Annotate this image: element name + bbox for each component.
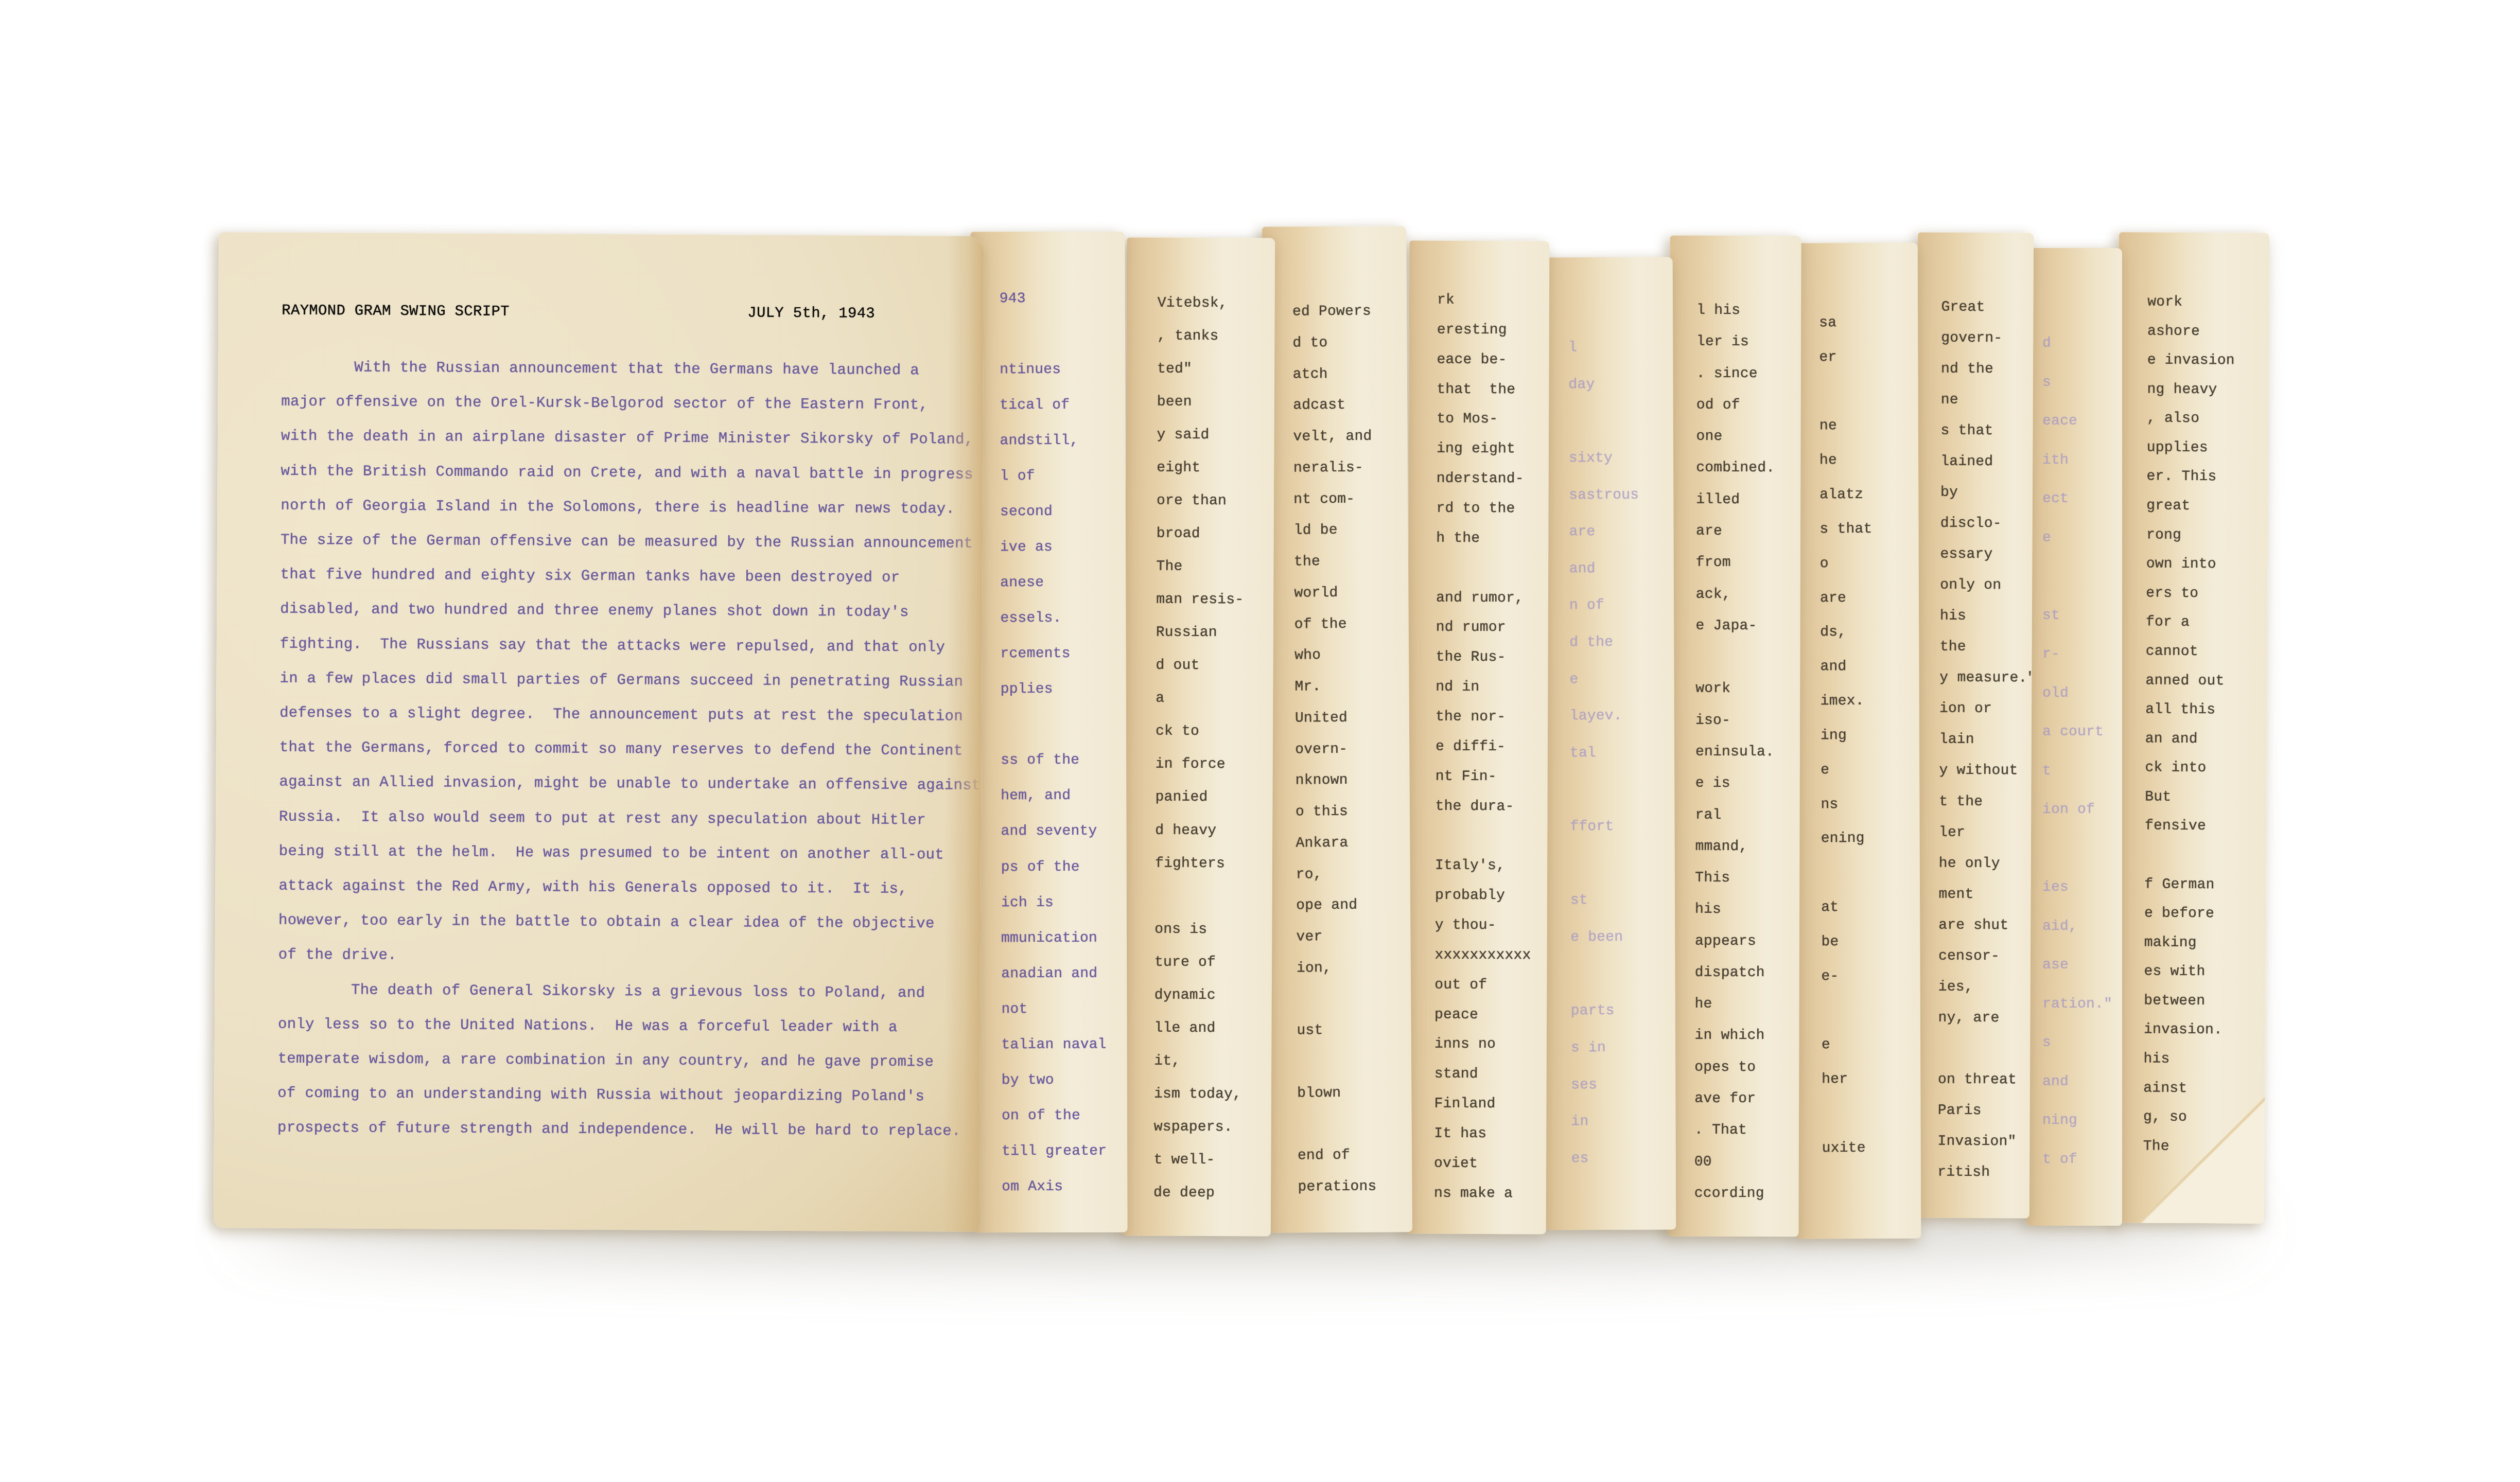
strip-line: Italy's, bbox=[1435, 858, 1544, 876]
page-5: rkerestingeace be-that theto Mos-ing eig… bbox=[1406, 241, 1550, 1234]
strip-line: t of bbox=[2042, 1152, 2119, 1169]
strip-line: e- bbox=[1822, 968, 1917, 986]
strip-line: ning bbox=[2042, 1113, 2119, 1130]
strip-line: mmand, bbox=[1695, 839, 1796, 857]
strip-line: ck into bbox=[2145, 760, 2263, 778]
strip-line: he only bbox=[1939, 855, 2028, 873]
strip-line: d the bbox=[1569, 634, 1671, 652]
page-header: RAYMOND GRAM SWING SCRIPT JULY 5th, 1943 bbox=[282, 302, 937, 342]
strip-line: ive as bbox=[1000, 539, 1123, 557]
strip-line bbox=[1000, 326, 1122, 344]
strip-text-column: rkerestingeace be-that theto Mos-ing eig… bbox=[1434, 292, 1546, 1204]
strip-line: y without bbox=[1939, 763, 2028, 781]
strip-line: he bbox=[1695, 996, 1796, 1014]
strip-line: eresting bbox=[1437, 322, 1546, 340]
strip-line: ne bbox=[1941, 392, 2030, 410]
strip-line: ith bbox=[2042, 452, 2119, 470]
strip-line: y measure." bbox=[1939, 670, 2028, 688]
page-date: JULY 5th, 1943 bbox=[747, 305, 875, 322]
strip-line: s in bbox=[1571, 1039, 1672, 1057]
strip-line: tical of bbox=[1000, 397, 1122, 415]
strip-line: It has bbox=[1434, 1126, 1543, 1144]
strip-line: hem, and bbox=[1001, 788, 1123, 806]
strip-line bbox=[1938, 1040, 2027, 1058]
strip-line: ing bbox=[1821, 728, 1916, 746]
strip-line: and bbox=[2042, 1074, 2119, 1091]
strip-line: ing eight bbox=[1437, 441, 1546, 459]
strip-line: ritish bbox=[1937, 1165, 2026, 1183]
strip-line: e is bbox=[1695, 775, 1797, 793]
strip-line: r- bbox=[2042, 646, 2119, 664]
strip-line: st bbox=[1570, 892, 1672, 910]
strip-line: s that bbox=[1820, 521, 1916, 539]
strip-line: ffort bbox=[1570, 819, 1672, 837]
strip-line: , tanks bbox=[1157, 328, 1271, 346]
page-title: RAYMOND GRAM SWING SCRIPT bbox=[282, 302, 510, 320]
strip-line: a bbox=[1156, 691, 1270, 709]
strip-text-column: Greatgovern-nd thenes thatlainedbydisclo… bbox=[1937, 299, 2030, 1183]
strip-line: ion or bbox=[1939, 701, 2028, 719]
typescript-body: With the Russian announcement that the G… bbox=[277, 350, 963, 1170]
strip-line: adcast bbox=[1293, 397, 1404, 415]
strip-line: ng heavy bbox=[2147, 381, 2265, 399]
strip-line: ening bbox=[1821, 831, 1917, 849]
page-8: saernehealatzs thatoareds,andimex.ingens… bbox=[1793, 243, 1921, 1239]
strip-line: f German bbox=[2144, 876, 2263, 894]
strip-line: But bbox=[2145, 789, 2263, 807]
strip-text-column: 943ntinuestical ofandstill,l ofsecondive… bbox=[1000, 291, 1125, 1197]
strip-line: ny, are bbox=[1938, 1010, 2027, 1028]
strip-line: anadian and bbox=[1001, 965, 1124, 983]
strip-line: essary bbox=[1940, 546, 2029, 564]
strip-line: the dura- bbox=[1435, 798, 1544, 816]
strip-line: that the bbox=[1437, 381, 1546, 399]
strip-line: till greater bbox=[1002, 1143, 1124, 1161]
strip-line: n of bbox=[1569, 597, 1671, 615]
strip-line: , also bbox=[2147, 411, 2265, 429]
strip-line: wspapers. bbox=[1154, 1119, 1268, 1137]
strip-line: nknown bbox=[1296, 772, 1407, 790]
typed-line: being still at the helm. He was presumed… bbox=[279, 834, 960, 872]
strip-line: been bbox=[1157, 394, 1271, 412]
strip-line: ss of the bbox=[1001, 752, 1123, 770]
strip-line: oviet bbox=[1434, 1156, 1543, 1174]
strip-line: y said bbox=[1157, 427, 1271, 445]
strip-line: disclo- bbox=[1940, 516, 2029, 534]
strip-line: anese bbox=[1000, 575, 1123, 593]
strip-line: nt com- bbox=[1293, 491, 1405, 509]
strip-text-column: workashoree invasionng heavy, alsoupplie… bbox=[2143, 294, 2266, 1157]
strip-line: 943 bbox=[1000, 291, 1122, 309]
typed-line: disabled, and two hundred and three enem… bbox=[280, 592, 961, 630]
strip-line: atch bbox=[1293, 366, 1404, 384]
strip-line: t well- bbox=[1153, 1152, 1268, 1170]
typed-line: however, too early in the battle to obta… bbox=[278, 903, 960, 941]
strip-line: are bbox=[1820, 590, 1916, 608]
strip-line: . That bbox=[1694, 1122, 1796, 1140]
strip-line bbox=[1819, 383, 1915, 401]
strip-line: l of bbox=[1000, 468, 1123, 486]
strip-line: and bbox=[1569, 560, 1671, 578]
typed-line: of coming to an understanding with Russi… bbox=[277, 1076, 959, 1114]
page-4: ed Powersd toatchadcastvelt, andneralis-… bbox=[1262, 226, 1412, 1233]
strip-line: ns make a bbox=[1434, 1185, 1543, 1203]
strip-line: eight bbox=[1157, 460, 1271, 478]
strip-line: ust bbox=[1297, 1022, 1408, 1040]
strip-line: world bbox=[1294, 585, 1405, 603]
strip-line: d bbox=[2042, 336, 2119, 353]
strip-line bbox=[1297, 1053, 1408, 1071]
strip-line: ainst bbox=[2143, 1080, 2262, 1098]
strip-line: ld be bbox=[1294, 522, 1405, 540]
strip-line: eace bbox=[2042, 413, 2119, 431]
strip-line: ed Powers bbox=[1292, 303, 1404, 321]
strip-line: layev. bbox=[1570, 708, 1671, 726]
strip-line: his bbox=[1940, 608, 2029, 626]
strip-line: fighters bbox=[1155, 855, 1269, 873]
strip-line: nd the bbox=[1941, 361, 2030, 379]
strip-line bbox=[1822, 1106, 1917, 1124]
strip-line: mmunication bbox=[1001, 930, 1124, 948]
strip-line: st bbox=[2042, 608, 2119, 625]
strip-line: by two bbox=[1002, 1072, 1124, 1090]
strip-line: d heavy bbox=[1155, 822, 1269, 840]
strip-line: uxite bbox=[1822, 1140, 1918, 1158]
strip-line: for a bbox=[2146, 614, 2264, 632]
strip-line: ers to bbox=[2146, 585, 2264, 603]
strip-line: overn- bbox=[1295, 741, 1406, 759]
strip-line: e diffi- bbox=[1436, 739, 1545, 757]
strip-line: his bbox=[2144, 1051, 2262, 1069]
strip-line: 00 bbox=[1694, 1154, 1796, 1172]
strip-line: neralis- bbox=[1293, 460, 1405, 478]
strip-line: e bbox=[1821, 762, 1916, 780]
strip-line: man resis- bbox=[1156, 592, 1270, 610]
page-6: ldaysixtysastrousareandn ofd theelayev.t… bbox=[1542, 257, 1676, 1230]
typed-line: that five hundred and eighty six German … bbox=[280, 557, 961, 595]
strip-line: peace bbox=[1434, 1007, 1544, 1025]
strip-line: ion of bbox=[2042, 802, 2119, 819]
strip-line: perations bbox=[1298, 1178, 1409, 1196]
strip-line: Russian bbox=[1156, 625, 1270, 643]
strip-line: ich is bbox=[1001, 894, 1124, 912]
typed-line: against an Allied invasion, might be una… bbox=[279, 765, 960, 803]
strip-line: rong bbox=[2146, 527, 2265, 545]
strip-line: Great bbox=[1941, 299, 2030, 317]
strip-line: s bbox=[2042, 375, 2119, 392]
strip-line: out of bbox=[1434, 977, 1544, 995]
strip-text-column: dseaceithectestr-olda courttion ofiesaid… bbox=[2042, 336, 2119, 1169]
strip-line: sastrous bbox=[1569, 487, 1670, 505]
strip-line: probably bbox=[1435, 888, 1544, 906]
strip-line: the bbox=[1294, 553, 1405, 571]
strip-line: ies, bbox=[1938, 979, 2027, 997]
strip-line: ment bbox=[1938, 886, 2027, 904]
strip-line: ons is bbox=[1154, 921, 1269, 939]
strip-line: y thou- bbox=[1435, 918, 1544, 936]
strip-line: blown bbox=[1297, 1085, 1408, 1103]
strip-line: e bbox=[1822, 1037, 1917, 1055]
strip-line: l bbox=[1568, 340, 1670, 358]
strip-line: invasion. bbox=[2144, 1022, 2262, 1040]
strip-line: ted" bbox=[1157, 361, 1271, 379]
strip-line: her bbox=[1822, 1071, 1917, 1089]
strip-line: rd to the bbox=[1436, 501, 1545, 519]
typed-line: attack against the Red Army, with his Ge… bbox=[278, 869, 960, 907]
strip-line: ase bbox=[2042, 957, 2119, 975]
strip-line: rcements bbox=[1001, 646, 1123, 664]
strip-line bbox=[2145, 848, 2263, 866]
strip-line bbox=[2042, 569, 2119, 586]
strip-line: on of the bbox=[1002, 1107, 1124, 1125]
strip-line: he bbox=[1819, 452, 1915, 470]
strip-line: ver bbox=[1296, 928, 1407, 946]
strip-line: sa bbox=[1819, 315, 1915, 333]
strip-line: pplies bbox=[1001, 681, 1123, 699]
strip-line: ler bbox=[1939, 824, 2028, 842]
strip-line: panied bbox=[1155, 789, 1269, 807]
strip-line: Vitebsk, bbox=[1158, 295, 1272, 313]
strip-line: broad bbox=[1157, 526, 1271, 544]
strip-line: an and bbox=[2145, 731, 2264, 749]
strip-line: es with bbox=[2144, 964, 2262, 982]
strip-line: in force bbox=[1156, 756, 1270, 774]
strip-line: t the bbox=[1939, 793, 2028, 811]
strip-line: not bbox=[1001, 1001, 1124, 1019]
strip-line: ccording bbox=[1694, 1186, 1796, 1204]
typed-line: The death of General Sikorsky is a griev… bbox=[278, 972, 959, 1010]
strip-line bbox=[1436, 560, 1545, 578]
typed-line: The size of the German offensive can be … bbox=[281, 523, 962, 561]
strip-line: fensive bbox=[2145, 818, 2263, 836]
strip-line bbox=[1298, 1116, 1409, 1134]
strip-line: end of bbox=[1298, 1147, 1409, 1165]
strip-line: from bbox=[1696, 555, 1797, 573]
strip-line: aid, bbox=[2042, 919, 2119, 936]
strip-line: anned out bbox=[2145, 673, 2264, 691]
strip-line: dispatch bbox=[1695, 965, 1796, 983]
strip-line: Finland bbox=[1434, 1096, 1543, 1114]
strip-line: and bbox=[1820, 659, 1916, 677]
strip-text-column: ldaysixtysastrousareandn ofd theelayev.t… bbox=[1568, 340, 1673, 1169]
strip-line: Paris bbox=[1938, 1103, 2027, 1121]
typed-line: fighting. The Russians say that the atta… bbox=[280, 626, 961, 664]
strip-line: ture of bbox=[1154, 954, 1269, 972]
strip-line: ck to bbox=[1156, 724, 1270, 742]
strip-line: inns no bbox=[1434, 1036, 1544, 1054]
typed-line: north of Georgia Island in the Solomons,… bbox=[281, 488, 962, 526]
strip-line bbox=[1821, 865, 1917, 883]
strip-line: ashore bbox=[2147, 323, 2266, 341]
strip-line: e before bbox=[2144, 906, 2263, 924]
strip-text-column: l hisler is. sinceod ofonecombined.illed… bbox=[1694, 303, 1798, 1204]
strip-line: ies bbox=[2042, 879, 2119, 897]
strip-line: ne bbox=[1819, 418, 1915, 436]
strip-line bbox=[1571, 966, 1672, 984]
strip-line: lained bbox=[1940, 454, 2029, 472]
strip-line: nderstand- bbox=[1437, 471, 1546, 489]
strip-line: opes to bbox=[1694, 1060, 1796, 1078]
strip-line: only on bbox=[1940, 577, 2029, 595]
strip-line: his bbox=[1695, 902, 1796, 920]
strip-line: censor- bbox=[1938, 948, 2027, 966]
strip-line bbox=[1570, 855, 1672, 873]
strip-line: e bbox=[2042, 530, 2119, 548]
strip-line: between bbox=[2144, 993, 2262, 1011]
page-1: RAYMOND GRAM SWING SCRIPT JULY 5th, 1943… bbox=[214, 232, 984, 1232]
strip-line bbox=[1569, 413, 1670, 431]
strip-line: nd rumor bbox=[1436, 620, 1545, 638]
strip-line: ration." bbox=[2042, 996, 2119, 1014]
strip-line: second bbox=[1000, 504, 1123, 522]
strip-line: imex. bbox=[1821, 693, 1916, 711]
strip-line: who bbox=[1294, 647, 1406, 665]
typed-line: in a few places did small parties of Ger… bbox=[279, 661, 961, 699]
typed-line: with the British Commando raid on Crete,… bbox=[281, 453, 962, 491]
strip-text-column: saernehealatzs thatoareds,andimex.ingens… bbox=[1819, 315, 1918, 1193]
strip-line: a court bbox=[2042, 724, 2119, 742]
strip-line: it, bbox=[1154, 1053, 1268, 1071]
page-2: 943ntinuestical ofandstill,l ofsecondive… bbox=[970, 232, 1127, 1233]
strip-line: ds, bbox=[1820, 624, 1916, 642]
page-9: Greatgovern-nd thenes thatlainedbydisclo… bbox=[1914, 233, 2034, 1219]
typed-line: major offensive on the Orel-Kursk-Belgor… bbox=[281, 384, 962, 422]
strip-line: ion, bbox=[1297, 960, 1408, 978]
strip-line: of the bbox=[1294, 616, 1406, 634]
strip-line: work bbox=[2147, 294, 2266, 312]
strip-line: om Axis bbox=[1002, 1178, 1124, 1196]
typed-line: With the Russian announcement that the G… bbox=[282, 350, 963, 388]
strip-line: nt Fin- bbox=[1436, 768, 1545, 786]
strip-line: ntinues bbox=[1000, 362, 1122, 380]
strip-line: e been bbox=[1570, 929, 1672, 947]
strip-line: great bbox=[2146, 498, 2265, 516]
strip-line: es bbox=[1571, 1150, 1673, 1168]
strip-line bbox=[1570, 782, 1671, 800]
strip-line: t bbox=[2042, 763, 2119, 781]
strip-line: ler is bbox=[1696, 334, 1798, 352]
strip-line: o this bbox=[1296, 803, 1407, 821]
typed-line: of the drive. bbox=[278, 938, 960, 976]
strip-line bbox=[1155, 888, 1269, 906]
strip-line: dynamic bbox=[1154, 987, 1269, 1005]
strip-line: the Rus- bbox=[1436, 649, 1545, 667]
strip-line: ism today, bbox=[1154, 1086, 1268, 1104]
strip-line: are shut bbox=[1938, 917, 2027, 935]
strip-line: ral bbox=[1695, 807, 1797, 825]
typed-line: only less so to the United Nations. He w… bbox=[278, 1007, 959, 1045]
strip-line: the nor- bbox=[1436, 709, 1545, 727]
strip-line: in bbox=[1571, 1114, 1673, 1132]
strip-line: ro, bbox=[1296, 866, 1407, 884]
strip-line: tal bbox=[1570, 745, 1671, 763]
strip-line: stand bbox=[1434, 1066, 1544, 1084]
strip-line: h the bbox=[1436, 531, 1545, 549]
strip-line: This bbox=[1695, 870, 1796, 888]
strip-line: combined. bbox=[1696, 460, 1797, 478]
page-3: Vitebsk,, tanksted"beeny saideightore th… bbox=[1123, 237, 1275, 1236]
typed-line: that the Germans, forced to commit so ma… bbox=[279, 730, 961, 768]
strip-line: alatz bbox=[1819, 487, 1915, 505]
strip-line bbox=[1822, 1174, 1918, 1192]
strip-line: are bbox=[1696, 523, 1797, 541]
strip-line bbox=[1001, 717, 1123, 735]
strip-line: upplies bbox=[2147, 439, 2265, 457]
strip-line: o bbox=[1820, 555, 1916, 573]
strip-line: lain bbox=[1939, 732, 2028, 750]
strip-line: eninsula. bbox=[1695, 744, 1797, 762]
strip-line: work bbox=[1695, 681, 1797, 699]
strip-line: by bbox=[1940, 485, 2029, 503]
strip-line: s bbox=[2042, 1035, 2119, 1052]
strip-line: . since bbox=[1696, 365, 1798, 383]
photo-backdrop: RAYMOND GRAM SWING SCRIPT JULY 5th, 1943… bbox=[0, 0, 2520, 1482]
strip-line: de deep bbox=[1153, 1185, 1268, 1203]
strip-line: own into bbox=[2146, 556, 2265, 574]
typed-line: defenses to a slight degree. The announc… bbox=[279, 696, 961, 734]
strip-line: are bbox=[1569, 524, 1671, 542]
strip-line: rk bbox=[1437, 292, 1546, 310]
strip-line: appears bbox=[1695, 933, 1796, 951]
strip-line bbox=[1297, 991, 1408, 1009]
strip-line bbox=[1822, 1002, 1917, 1020]
typed-line: with the death in an airplane disaster o… bbox=[281, 419, 962, 457]
strip-line: ope and bbox=[1296, 897, 1407, 915]
strip-line: cannot bbox=[2146, 643, 2264, 661]
strip-line: ore than bbox=[1157, 493, 1271, 511]
strip-line: ave for bbox=[1694, 1091, 1796, 1109]
strip-line: Invasion" bbox=[1937, 1134, 2026, 1152]
strip-line: eace be- bbox=[1437, 351, 1546, 369]
strip-line: nd in bbox=[1436, 679, 1545, 697]
strip-line: e invasion bbox=[2147, 352, 2266, 370]
strip-line: in which bbox=[1694, 1028, 1796, 1046]
strip-line: Mr. bbox=[1294, 678, 1406, 696]
typed-line: temperate wisdom, a rare combination in … bbox=[277, 1042, 959, 1080]
strip-line: d out bbox=[1156, 658, 1270, 676]
strip-line: be bbox=[1821, 934, 1917, 952]
strip-line: od of bbox=[1696, 397, 1798, 415]
page-7: l hisler is. sinceod ofonecombined.illed… bbox=[1667, 236, 1801, 1237]
strip-text-column: Vitebsk,, tanksted"beeny saideightore th… bbox=[1153, 295, 1272, 1203]
strip-text-column: ed Powersd toatchadcastvelt, andneralis-… bbox=[1292, 303, 1409, 1196]
strip-line: and seventy bbox=[1001, 823, 1123, 841]
strip-line: illed bbox=[1696, 491, 1797, 509]
strip-line: and rumor, bbox=[1436, 590, 1545, 608]
strip-line: xxxxxxxxxxx bbox=[1434, 947, 1544, 965]
strip-line: lle and bbox=[1154, 1020, 1268, 1038]
strip-line: The bbox=[1156, 559, 1270, 577]
strip-line bbox=[1695, 649, 1797, 667]
page-11: workashoree invasionng heavy, alsoupplie… bbox=[2114, 232, 2269, 1224]
strip-line: old bbox=[2042, 685, 2119, 703]
strip-line: er. This bbox=[2146, 469, 2265, 487]
strip-line: andstill, bbox=[1000, 433, 1122, 451]
strip-line: govern- bbox=[1941, 330, 2030, 348]
strip-line: on threat bbox=[1938, 1071, 2027, 1089]
strip-line: ack, bbox=[1696, 586, 1797, 604]
strip-line: ses bbox=[1571, 1077, 1672, 1095]
strip-line bbox=[1435, 828, 1544, 846]
page-10: dseaceithectestr-olda courttion ofiesaid… bbox=[2027, 248, 2122, 1226]
strip-line bbox=[2042, 841, 2119, 858]
strip-line: ect bbox=[2042, 491, 2119, 508]
strip-line: e bbox=[1570, 671, 1671, 689]
strip-line: sixty bbox=[1569, 450, 1670, 468]
strip-line: d to bbox=[1292, 334, 1404, 352]
strip-line: all this bbox=[2145, 702, 2264, 720]
strip-line: l his bbox=[1696, 303, 1798, 321]
